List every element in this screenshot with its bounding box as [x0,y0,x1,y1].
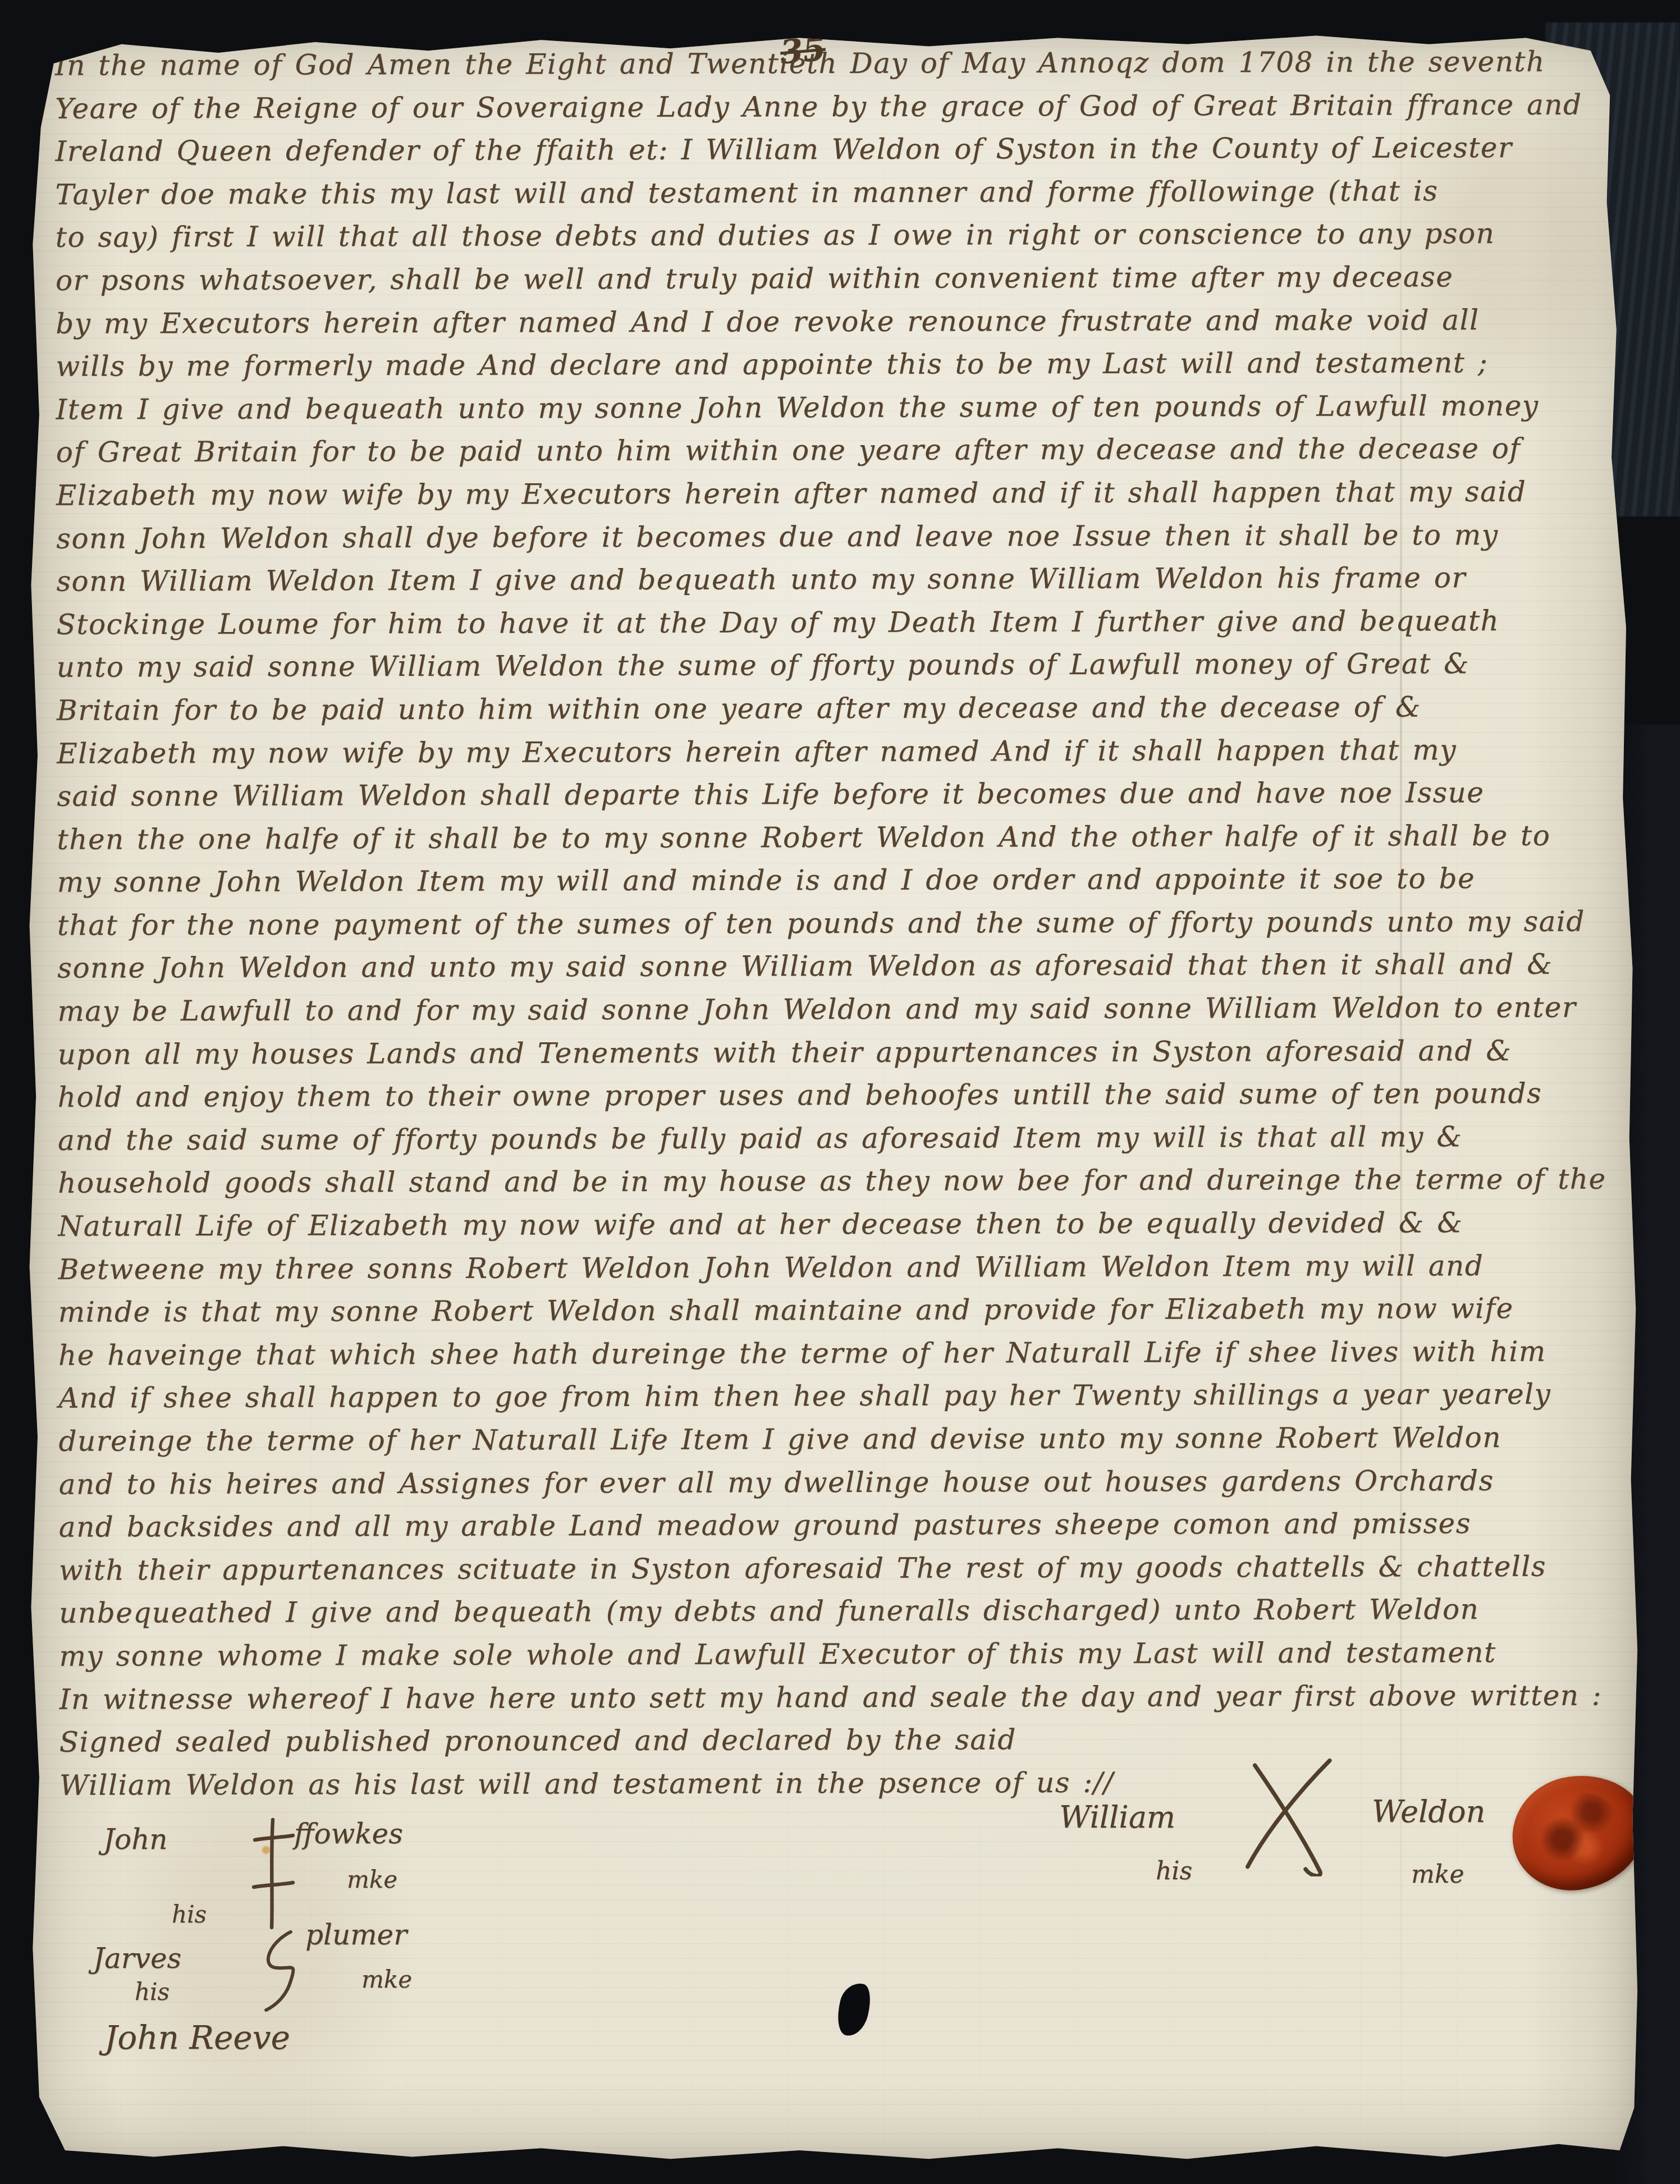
manuscript-line: of Great Britain for to be paid unto him… [56,432,1622,479]
paper-hole [832,1980,875,2039]
witness2-mark-label: mke [361,1966,412,1993]
witness2-squiggle-mark-icon [253,1927,303,2014]
testator-x-mark-icon [1226,1756,1347,1876]
witness1-his-label: his [172,1901,207,1928]
manuscript-line: he haveinge that which shee hath dureing… [58,1335,1624,1382]
manuscript-line: sonn William Weldon Item I give and bequ… [56,561,1622,608]
testator-mark-label: mke [1411,1860,1464,1889]
manuscript-line: household goods shall stand and be in my… [58,1163,1624,1210]
witness3-signature: John Reeve [104,2018,290,2057]
manuscript-line: In witnesse whereof I have here unto set… [59,1679,1626,1726]
manuscript-line: sonne John Weldon and unto my said sonne… [57,948,1623,995]
manuscript-line: Britain for to be paid unto him within o… [57,690,1623,737]
manuscript-line: dureinge the terme of her Naturall Life … [58,1421,1624,1468]
witness1-cross-mark-icon [248,1815,297,1933]
manuscript-line: Stockinge Loume for him to have it at th… [57,604,1623,651]
manuscript-line: may be Lawfull to and for my said sonne … [57,991,1623,1038]
manuscript-line: Signed sealed published pronounced and d… [59,1721,1626,1769]
testator-surname: Weldon [1372,1794,1485,1829]
witness2-his-label: his [135,1978,170,2006]
manuscript-line: unto my said sonne William Weldon the su… [57,647,1623,694]
manuscript-line: with their appurtenances scituate in Sys… [59,1550,1625,1597]
manuscript-line: my sonne John Weldon Item my will and mi… [57,862,1623,909]
manuscript-line: then the one halfe of it shall be to my … [57,819,1623,866]
manuscript-line: my sonne whome I make sole whole and Law… [59,1636,1625,1683]
manuscript-line: In the name of God Amen the Eight and Tw… [55,45,1621,92]
witness2-forename: Jarves [93,1942,181,1975]
manuscript-line: Ireland Queen defender of the ffaith et:… [55,131,1621,178]
manuscript-line: Naturall Life of Elizabeth my now wife a… [58,1206,1624,1253]
manuscript-line: hold and enjoy them to their owne proper… [58,1077,1624,1124]
manuscript-page: 35 In the name of God Amen the Eight and… [25,31,1639,2161]
manuscript-line: and backsides and all my arable Land mea… [59,1507,1625,1554]
manuscript-line: upon all my houses Lands and Tenements w… [58,1034,1624,1081]
manuscript-line: said sonne William Weldon shall departe … [57,776,1623,823]
manuscript-line: Item I give and bequeath unto my sonne J… [56,389,1622,436]
testator-his-label: his [1156,1857,1192,1885]
manuscript-line: Elizabeth my now wife by my Executors he… [56,475,1622,522]
manuscript-line: Yeare of the Reigne of our Soveraigne La… [55,88,1621,135]
manuscript-line: unbequeathed I give and bequeath (my deb… [59,1593,1625,1640]
manuscript-line: and the said sume of fforty pounds be fu… [58,1120,1624,1167]
manuscript-line: And if shee shall happen to goe from him… [58,1378,1624,1425]
manuscript-line: Elizabeth my now wife by my Executors he… [57,733,1623,780]
witness2-surname: plumer [305,1919,407,1951]
manuscript-line: minde is that my sonne Robert Weldon sha… [58,1292,1624,1339]
witness1-surname: ffowkes [294,1817,403,1850]
manuscript-line: Betweene my three sonns Robert Weldon Jo… [58,1249,1624,1296]
manuscript-line: wills by me formerly made And declare an… [56,346,1622,393]
testator-forename: William [1059,1800,1175,1835]
archive-photograph: { "document": { "folio_number": "35", "l… [0,0,1680,2184]
manuscript-line: that for the none payment of the sumes o… [57,905,1623,952]
manuscript-line: sonn John Weldon shall dye before it bec… [56,518,1622,565]
manuscript-line: by my Executors herein after named And I… [56,303,1622,350]
witness1-mark-label: mke [347,1866,397,1893]
manuscript-line: or psons whatsoever, shall be well and t… [56,260,1622,307]
photo-stage: 35 In the name of God Amen the Eight and… [0,0,1680,2184]
will-text-block: In the name of God Amen the Eight and Tw… [55,45,1626,1812]
manuscript-line: Tayler doe make this my last will and te… [55,174,1621,221]
manuscript-line: and to his heires and Assignes for ever … [59,1464,1625,1511]
witness1-forename: John [103,1823,168,1856]
manuscript-line: to say) first I will that all those debt… [56,217,1622,264]
